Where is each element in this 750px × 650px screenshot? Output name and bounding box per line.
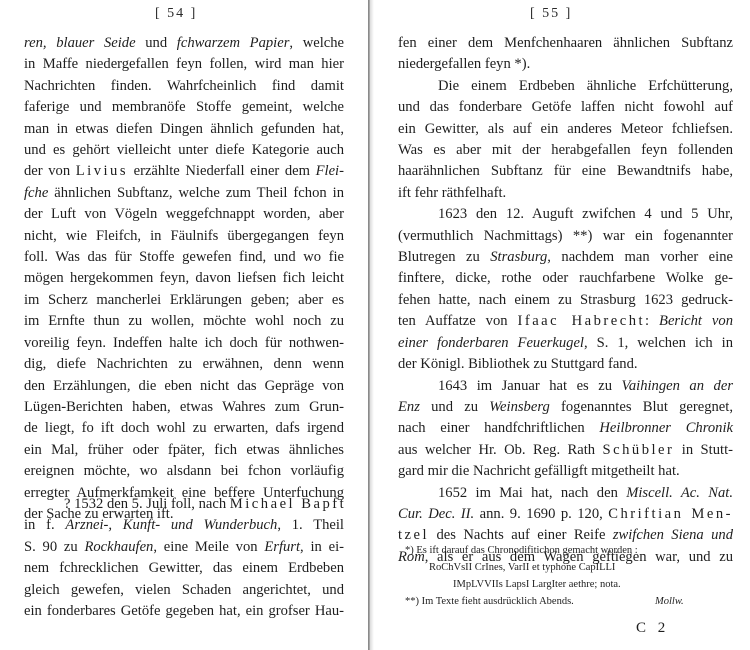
text-line: haarähnlichen Subftanz für eine Bewandtn… [398, 161, 733, 182]
spaced-name: Schübler [603, 442, 675, 458]
italic-run: Enz [398, 399, 420, 415]
text-line: einer fonderbaren Feuerkugel, S. 1, welc… [398, 333, 733, 354]
book-spread: [ 54 ] ren, blauer Seide und fchwarzem P… [0, 0, 750, 650]
italic-run: Arznei-, Kunft- und Wunderbuch [65, 517, 277, 533]
text-run: des Nachts auf einer Reife [429, 527, 613, 543]
italic-run: fchwarzem Papier [177, 35, 290, 51]
text-run: niedergefallen feyn *). [398, 56, 530, 72]
text-line: ift fehr räthfelhaft. [398, 183, 733, 204]
text-run: und es gehört vielleicht unter diefe Kat… [24, 142, 344, 158]
text-line: nach einer handfchriftlichen Heilbronner… [398, 418, 733, 439]
text-run: gard mir die Nachricht gefälligft mitget… [398, 463, 680, 479]
text-run: gleich gewefen, vielen Schaden angericht… [24, 582, 344, 598]
text-run: man in etwas diefen Dingen ähnlich gefun… [24, 121, 344, 137]
text-run: 1623 den 12. Auguft zwifchen 4 und 5 Uhr… [438, 206, 733, 222]
text-run: in Maffe niedergefallen feyn follen, wir… [24, 56, 344, 72]
text-run: , in ei- [300, 539, 344, 555]
italic-run: Weinsberg [489, 399, 550, 415]
text-line: Nachrichten finden. Wahrfcheinlich find … [24, 76, 344, 97]
text-run: ein Mal, früher oder fpäter, fich etwas … [24, 442, 344, 458]
left-page: [ 54 ] ren, blauer Seide und fchwarzem P… [0, 0, 368, 650]
text-run: Nachrichten finden. Wahrfcheinlich find … [24, 78, 344, 94]
text-run: der von [24, 163, 76, 179]
text-line: ? 1532 den 5. Juli foll, nach Michael Ba… [24, 494, 344, 515]
text-line: 1643 im Januar hat es zu Vaihingen an de… [398, 376, 733, 397]
text-run: ? 1532 den 5. Juli foll, nach [64, 496, 230, 512]
italic-run: Vaihingen an der [622, 378, 733, 394]
text-line: fehen hatte, nach einem zu Strasburg 162… [398, 290, 733, 311]
text-run: S. 90 zu [24, 539, 84, 555]
text-run: Blutregen zu [398, 249, 490, 265]
text-run: ift fehr räthfelhaft. [398, 185, 506, 201]
text-run: nicht, wie Fleifch, in Fäulnifs übergega… [24, 228, 344, 244]
right-page: [ 55 ] fen einer dem Menfchenhaaren ähnl… [375, 0, 750, 650]
text-run: , nachdem man vorher eine [547, 249, 733, 265]
text-line: ereignen möchte, wo alsdann bei fchon vo… [24, 461, 344, 482]
text-run: , 1. Theil [277, 517, 344, 533]
text-line: 1652 im Mai hat, nach den Miscell. Ac. N… [398, 483, 733, 504]
text-run: und das fonderbare Getöfe laffen nicht f… [398, 99, 733, 115]
italic-run: Cur. Dec. II. [398, 506, 474, 522]
text-line: fche ähnlichen Subftanz, welche zum Thei… [24, 183, 344, 204]
text-run: und zu [420, 399, 489, 415]
italic-run: Rockhaufen [84, 539, 153, 555]
text-run: ereignen möchte, wo alsdann bei fchon vo… [24, 463, 344, 479]
text-line: finftere, dicke, rothe oder rauchfarbene… [398, 268, 733, 289]
text-line: der von Livius erzählte Niederfall einer… [24, 161, 344, 182]
italic-run: einer fonderbaren Feuerkugel [398, 335, 584, 351]
text-line: den Erzählungen, die eben nicht das Gepr… [24, 376, 344, 397]
text-run: Lügen-Berichten haben, etwas Wahres zum … [24, 399, 344, 415]
text-line: in Maffe niedergefallen feyn follen, wir… [24, 54, 344, 75]
text-line: faferige und membranöfe Stoffe gemeint, … [24, 97, 344, 118]
text-run: nach einer handfchriftlichen [398, 420, 599, 436]
text-line: fen einer dem Menfchenhaaren ähnlichen S… [398, 33, 733, 54]
spaced-name: tzel [398, 527, 429, 543]
left-paragraph-2: ? 1532 den 5. Juli foll, nach Michael Ba… [24, 494, 344, 622]
text-line: ein fonderbares Getöfe gegeben hat, ein … [24, 601, 344, 622]
italic-run: Bericht von [659, 313, 733, 329]
text-line: Die einem Erdbeben ähnliche Erfchütterun… [398, 76, 733, 97]
text-line: foll. Was das für Stoffe gewefen find, u… [24, 247, 344, 268]
text-line: und das fonderbare Getöfe laffen nicht f… [398, 97, 733, 118]
text-run: ten Auffatze von [398, 313, 517, 329]
text-line: S. 90 zu Rockhaufen, eine Meile von Erfu… [24, 537, 344, 558]
text-line: Lügen-Berichten haben, etwas Wahres zum … [24, 397, 344, 418]
text-run: ein Gewitter, als auf ein anderes Meteor… [398, 121, 733, 137]
text-run: , eine Meile von [153, 539, 264, 555]
text-line: im Scherz mancherlei Erklärungen geben; … [24, 290, 344, 311]
text-line: gard mir die Nachricht gefälligft mitget… [398, 461, 733, 482]
text-line: Blutregen zu Strasburg, nachdem man vorh… [398, 247, 733, 268]
text-line: 1623 den 12. Auguft zwifchen 4 und 5 Uhr… [398, 204, 733, 225]
text-line: nem fchrecklichen Gewitter, das einem Er… [24, 558, 344, 579]
text-run: voreilig feyn. Indeffen halte ich doch f… [24, 335, 344, 351]
text-run: den Erzählungen, die eben nicht das Gepr… [24, 378, 344, 394]
footnote-signature: Mollw. [655, 593, 684, 610]
text-run: 1643 im Januar hat es zu [438, 378, 622, 394]
italic-run: fche [24, 185, 48, 201]
text-run: : [645, 313, 659, 329]
text-run: foll. Was das für Stoffe gewefen find, u… [24, 249, 344, 265]
text-run: erzählte Niederfall einer dem [128, 163, 316, 179]
footnotes: *) Es ift darauf das Chronodifitichon ge… [405, 542, 705, 610]
text-line: in f. Arznei-, Kunft- und Wunderbuch, 1.… [24, 515, 344, 536]
text-line: Was es aber mit der herabgefallen feyn f… [398, 140, 733, 161]
text-line: aus welcher Hr. Ob. Reg. Rath Schübler i… [398, 440, 733, 461]
text-run: , S. 1, welchen ich in [584, 335, 733, 351]
text-run: ein fonderbares Getöfe gegeben hat, ein … [24, 603, 344, 619]
text-run: in Stutt- [674, 442, 733, 458]
text-run: der Luft von Vögeln weggefchnappt worden… [24, 206, 344, 222]
page-number-left: [ 54 ] [155, 6, 197, 22]
text-line: Enz und zu Weinsberg fogenanntes Blut ge… [398, 397, 733, 418]
text-run: der Königl. Bibliothek zu Stuttgard fand… [398, 356, 638, 372]
text-line: voreilig feyn. Indeffen halte ich doch f… [24, 333, 344, 354]
text-run: Die einem Erdbeben ähnliche Erfchütterun… [438, 78, 733, 94]
italic-run: Miscell. Ac. Nat. [626, 485, 733, 501]
text-run: (vermuthlich Nachmittags) **) war ein fo… [398, 228, 733, 244]
text-run: faferige und membranöfe Stoffe gemeint, … [24, 99, 344, 115]
text-line: man in etwas diefen Dingen ähnlich gefun… [24, 119, 344, 140]
text-run: Was es aber mit der herabgefallen feyn f… [398, 142, 733, 158]
text-line: ein Mal, früher oder fpäter, fich etwas … [24, 440, 344, 461]
spaced-name: Ifaac Habrecht [517, 313, 645, 329]
text-line: Cur. Dec. II. ann. 9. 1690 p. 120, Chrif… [398, 504, 733, 525]
italic-run: ren, blauer Seide [24, 35, 136, 51]
text-run: fehen hatte, nach einem zu Strasburg 162… [398, 292, 733, 308]
text-line: ten Auffatze von Ifaac Habrecht: Bericht… [398, 311, 733, 332]
footnote-1-verse-1: RoChVsII CrInes, VarII et typhone CapILL… [405, 559, 705, 576]
text-run: und [136, 35, 177, 51]
italic-run: Heilbronner Chronik [599, 420, 733, 436]
text-line: der Luft von Vögeln weggefchnappt worden… [24, 204, 344, 225]
italic-run: Strasburg [490, 249, 547, 265]
italic-run: Erfurt [264, 539, 300, 555]
footnote-1: *) Es ift darauf das Chronodifitichon ge… [405, 542, 705, 559]
text-run: mögen hergekommen feyn, davon liefsen fi… [24, 270, 344, 286]
text-line: de liegt, fo ift doch wohl zu erwarten, … [24, 418, 344, 439]
text-run: , welche [289, 35, 344, 51]
page-number-right: [ 55 ] [530, 6, 572, 22]
text-run: in f. [24, 517, 65, 533]
text-line: im Ernfte thun zu wollen, möchte wohl no… [24, 311, 344, 332]
text-line: dig, diefe Nachrichten zu erwähnen, denn… [24, 354, 344, 375]
text-line: ren, blauer Seide und fchwarzem Papier, … [24, 33, 344, 54]
text-line: mögen hergekommen feyn, davon liefsen fi… [24, 268, 344, 289]
text-line: nicht, wie Fleifch, in Fäulnifs übergega… [24, 226, 344, 247]
text-line: der Königl. Bibliothek zu Stuttgard fand… [398, 354, 733, 375]
text-run: ann. 9. 1690 p. 120, [474, 506, 608, 522]
text-run: haarähnlichen Subftanz für eine Bewandtn… [398, 163, 733, 179]
footnote-1-verse-2: IMpLVVIIs LapsI LargIter aethre; nota. [405, 576, 705, 593]
right-body-text: fen einer dem Menfchenhaaren ähnlichen S… [398, 33, 733, 568]
text-run: im Ernfte thun zu wollen, möchte wohl no… [24, 313, 344, 329]
text-run: fen einer dem Menfchenhaaren ähnlichen S… [398, 35, 733, 51]
italic-run: zwifchen Siena und [613, 527, 733, 543]
text-run: aus welcher Hr. Ob. Reg. Rath [398, 442, 603, 458]
text-line: und es gehört vielleicht unter diefe Kat… [24, 140, 344, 161]
signature-mark: C 2 [636, 620, 669, 637]
text-line: (vermuthlich Nachmittags) **) war ein fo… [398, 226, 733, 247]
text-run: dig, diefe Nachrichten zu erwähnen, denn… [24, 356, 344, 372]
text-line: niedergefallen feyn *). [398, 54, 733, 75]
spaced-name: Michael Bapft [230, 496, 346, 512]
text-run: im Scherz mancherlei Erklärungen geben; … [24, 292, 344, 308]
text-line: ein Gewitter, als auf ein anderes Meteor… [398, 119, 733, 140]
italic-run: Flei- [316, 163, 344, 179]
text-run: ähnlichen Subftanz, welche zum Theil fch… [48, 185, 344, 201]
text-run: fogenanntes Blut geregnet, [550, 399, 733, 415]
spaced-name: Chriftian Men- [608, 506, 733, 522]
text-line: gleich gewefen, vielen Schaden angericht… [24, 580, 344, 601]
text-run: nem fchrecklichen Gewitter, das einem Er… [24, 560, 344, 576]
left-paragraph-1: ren, blauer Seide und fchwarzem Papier, … [24, 33, 344, 525]
page-gutter-shadow [370, 0, 374, 650]
text-run: finftere, dicke, rothe oder rauchfarbene… [398, 270, 733, 286]
text-run: de liegt, fo ift doch wohl zu erwarten, … [24, 420, 344, 436]
spaced-name: Livius [76, 163, 128, 179]
text-run: 1652 im Mai hat, nach den [438, 485, 626, 501]
